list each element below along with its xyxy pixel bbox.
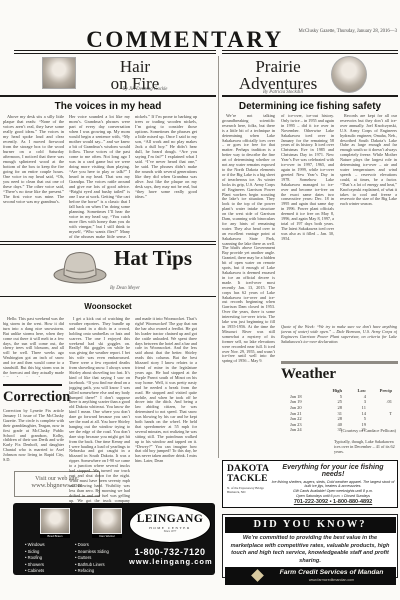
weather-title: Weather [281,366,398,383]
leingang-photo-1-name: Brad Braun [40,534,70,538]
farm-credit-brand: Farm Credit Services of Mandan [267,569,397,576]
did-you-know-ad: DID YOU KNOW? We’re committed to providi… [222,514,398,578]
column-divider [218,56,219,458]
leingang-ad: Brad Braun Dan Wetzel Windows Siding Roo… [13,503,215,575]
dakota-tackle-copy: Everything for your ice fishing needs! I… [271,464,395,505]
ice-column-3: Records are kept for all our reservoirs … [340,114,397,322]
byline-dean: By Dean Meyer [60,286,190,291]
divider [14,53,216,54]
divider [222,50,398,51]
columnist-photo-jill [42,57,76,89]
leingang-logo: LEINGANG HOME CENTER Since 1977 [129,505,211,543]
divider [0,95,216,97]
byline-jill: By Jill Denning Gackle [95,87,195,92]
column-title-prairie-adventures: Prairie Adventures [228,58,328,93]
dakota-tackle-headline: Everything for your ice fishing needs! [271,464,395,478]
leingang-photo-1 [40,508,70,534]
farm-credit-diamond-icon [251,569,264,582]
voices-column-2: Her voice sounded a lot like my mom’s. G… [69,114,130,238]
columnist-photo-patricia [331,56,367,93]
ice-trivia: Typically, though, Lake Sakakawea ices o… [334,440,397,458]
voices-column-3: nickels.” If I’m prone to barking up tre… [135,114,197,238]
leingang-web: www.leingang.com [129,557,211,566]
quote-of-the-week: Quote of the Week: “We try to make sure … [281,325,397,359]
leingang-services-list-2: Doors Seamless Siding Gutters Bathtub Li… [75,542,109,575]
leingang-since: Since 1977 [130,530,210,533]
leingang-phone: 1-800-732-7120 [129,547,211,557]
dakota-tackle-logo: DAKOTA TACKLE N. of the Expressway Bridg… [227,465,269,494]
leingang-contact: 1-800-732-7120 www.leingang.com [129,547,211,566]
ice-column-1: We’re not talking groundbreaking scienti… [222,114,275,458]
voices-column-1: Above my desk sits a silly little plaque… [3,114,64,238]
divider [0,241,216,242]
divider [3,384,62,386]
voices-headline: The voices in my head [0,101,216,112]
newspaper-page: McClusky Gazette, Thursday, January 28, … [0,0,400,600]
leingang-photo-2 [92,508,122,534]
weather-courtesy: (Courtesy of Candace Pellican) [290,428,396,433]
farm-credit-url: www.farmcreditmandan.com [267,578,397,582]
dakota-tackle-hours2: Open Saturdays until 6 p.m. • Closed Sun… [271,494,395,499]
hat-tips-column-3: and made it into Woonsocket. That’s righ… [135,317,197,507]
divider [222,53,398,54]
hat-tips-column-1: Hello. This past weekend was the big sto… [3,317,64,377]
dakota-tackle-phone: 701-222-3092 • 1-800-880-4892 [271,499,395,505]
divider [222,95,398,97]
did-you-know-title: DID YOU KNOW? [225,517,396,533]
leingang-photo-2-name: Dan Wetzel [92,534,122,538]
divider [0,296,216,297]
weather-table: HighLowPrecip Jan 1854 Jan 19253.01 Jan … [290,388,396,433]
dakota-tackle-ad: DAKOTA TACKLE N. of the Expressway Bridg… [222,460,398,508]
correction-title: Correction [3,389,67,406]
hat-tips-subhead: Woonsocket [0,302,216,311]
correction-body: Correction by Lynette Fix article Januar… [3,409,64,467]
divider [14,50,216,51]
ice-column-2: of ice-over, ice-out history. Only twice… [281,114,334,322]
did-you-know-body: We’re committed to providing the best va… [223,534,397,567]
hat-tips-title: Hat Tips [90,246,216,271]
farm-credit-bar: Farm Credit Services of Mandan www.farmc… [225,567,396,585]
dakota-tackle-body: Ice fishing shelters, augers, sleds, Col… [271,480,395,489]
hat-tips-column-2: I get a kick out of watching the weather… [69,317,130,505]
dakota-tackle-address: N. of the Expressway Bridge Bismarck, ND [227,486,269,494]
divider [281,361,398,364]
leingang-services-list-1: Windows Siding Roofing Showers Cabinets [25,542,45,575]
ice-headline: Determining ice fishing safety [222,101,398,112]
